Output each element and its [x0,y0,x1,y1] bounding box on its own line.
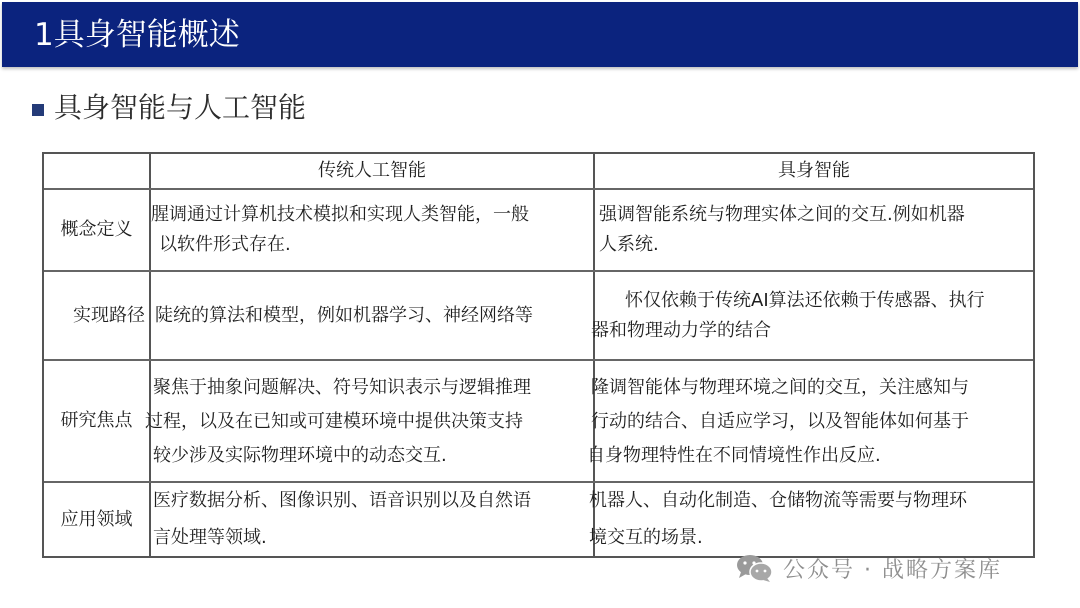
cell-line: 聚焦于抽象问题解决、符号知识表示与逻辑推理 [153,373,531,403]
cell-research-focus-traditional: 聚焦于抽象问题解决、符号知识表示与逻辑推理 过程，以及在已知或可建模环境中提供决… [151,361,593,481]
cell-line: 腥调通过计算机技术模拟和实现人类智能，一般 [151,200,529,230]
slide: 1具身智能概述 具身智能与人工智能 传统人工智能 具身智能 概念定义 腥调通过计… [0,0,1080,608]
cell-line: 陡统的算法和模型，例如机器学习、神经网络等 [155,301,533,331]
cell-research-focus-embodied: 隆调智能体与物理环境之间的交互，关注感知与 行动的结合、自适应学习，以及智能体如… [595,361,1033,481]
cell-line: 机器人、自动化制造、仓储物流等需要与物理环 [589,486,967,516]
watermark-text: 公众号 · 战略方案库 [783,553,1002,584]
cell-line: 过程，以及在已知或可建模环境中提供决策支持 [145,407,523,437]
watermark: 公众号 · 战略方案库 [735,550,1002,586]
cell-line: 行动的结合、自适应学习，以及智能体如何基于 [591,407,969,437]
title-bar: 1具身智能概述 [2,2,1078,67]
cell-line: 隆调智能体与物理环境之间的交互，关注感知与 [591,373,969,403]
wechat-icon [735,553,775,583]
cell-line: 强调智能系统与物理实体之间的交互.例如机器 [599,200,965,230]
section-heading-text: 具身智能与人工智能 [54,88,306,128]
cell-line: 医疗数据分析、图像识别、语音识别以及自然语 [153,486,531,516]
slide-title: 1具身智能概述 [34,15,240,55]
cell-applications-embodied: 机器人、自动化制造、仓储物流等需要与物理环 境交互的场景. [595,483,1033,556]
row-label-research-focus: 研究焦点 [44,361,149,481]
section-heading: 具身智能与人工智能 [32,86,306,130]
header-cell-empty [44,154,149,188]
cell-line: 人系统. [599,230,659,260]
header-cell-embodied-ai: 具身智能 [595,154,1033,188]
cell-implementation-embodied: 怀仅依赖于传统AI算法还依赖于传感器、执行 器和物理动力学的结合 [595,272,1033,359]
cell-definition-embodied: 强调智能系统与物理实体之间的交互.例如机器 人系统. [595,190,1033,270]
cell-line: 较少涉及实际物理环境中的动态交互. [153,441,447,471]
row-label-applications: 应用领域 [44,483,149,556]
cell-line: 器和物理动力学的结合 [591,316,771,346]
row-label-definition: 概念定义 [44,190,149,270]
cell-implementation-traditional: 陡统的算法和模型，例如机器学习、神经网络等 [151,272,593,359]
header-cell-traditional-ai: 传统人工智能 [151,154,593,188]
cell-definition-traditional: 腥调通过计算机技术模拟和实现人类智能，一般 以软件形式存在. [151,190,593,270]
cell-applications-traditional: 医疗数据分析、图像识别、语音识别以及自然语 言处理等领域. [151,483,593,556]
cell-line: 言处理等领域. [153,523,267,553]
cell-line: 怀仅依赖于传统AI算法还依赖于传感器、执行 [625,286,985,316]
comparison-table: 传统人工智能 具身智能 概念定义 腥调通过计算机技术模拟和实现人类智能，一般 以… [42,152,1035,558]
row-label-implementation: 实现路径 [44,272,149,359]
square-bullet-icon [32,104,44,116]
cell-line: 以软件形式存在. [159,230,291,260]
cell-line: 自身物理特性在不同情境性作出反应. [587,441,881,471]
cell-line: 境交互的场景. [589,523,703,553]
